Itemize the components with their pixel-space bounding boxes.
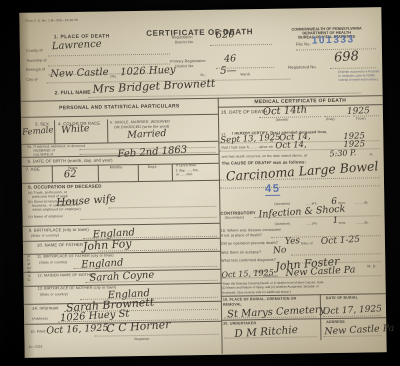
cell-divider bbox=[54, 120, 55, 143]
yrs-label-2: ......yrs. bbox=[306, 222, 318, 226]
informant-label: 14. Informant bbox=[32, 306, 59, 311]
ward-value: 5— bbox=[220, 66, 237, 76]
registrar-label: Registrar bbox=[134, 338, 149, 342]
mos-label-2: mos. bbox=[339, 221, 347, 225]
month-sublabel: (Month) bbox=[276, 119, 288, 123]
test-confirmed-label: What test confirmed diagnosis? bbox=[221, 259, 276, 264]
father-birthplace-value: England bbox=[81, 259, 124, 271]
cell-divider bbox=[138, 164, 139, 181]
dob-label: 6. DATE OF BIRTH (month, day, and year) bbox=[28, 158, 113, 164]
footnote-line3: Homicidal. (See reverse side for additio… bbox=[222, 289, 291, 294]
age-years-value: 62 bbox=[64, 170, 77, 181]
street-number-label: (No. bbox=[110, 75, 117, 79]
father-name-label: 10. NAME OF FATHER bbox=[37, 243, 83, 248]
registered-number-value: 698 bbox=[334, 50, 360, 65]
rule-line bbox=[48, 54, 170, 57]
rule-line bbox=[323, 335, 381, 337]
scanned-photo-background: Form V. S. No. 1 B—935—19-36-25 1. PLACE… bbox=[0, 0, 400, 366]
parents-side-label: PARENTS bbox=[26, 254, 31, 281]
md-label: M. D. bbox=[367, 265, 376, 269]
full-name-value: Mrs Bridget Brownett bbox=[92, 78, 215, 95]
cell-divider bbox=[52, 165, 53, 182]
operation-value: Yes bbox=[285, 237, 301, 247]
primary-district-value: 46 bbox=[224, 54, 237, 64]
date-of-death-label: 16. DATE OF DEATH bbox=[221, 109, 267, 115]
street-value: 1026 Huey bbox=[120, 65, 176, 78]
autopsy-label: Was there an autopsy? bbox=[221, 251, 261, 256]
marital-value: Married bbox=[127, 129, 167, 140]
birthplace-label: 9. BIRTHPLACE (city or town) bbox=[29, 228, 89, 234]
meridiem-label: m. bbox=[370, 153, 374, 157]
rule-line bbox=[259, 116, 321, 118]
file-number-label: File No. bbox=[296, 42, 311, 47]
ds-label-1: ........ds. bbox=[355, 201, 368, 205]
age-label: 7. AGE bbox=[26, 168, 40, 173]
race-value: White bbox=[61, 124, 90, 135]
registration-district-value: 620 bbox=[215, 30, 235, 41]
mother-state-country-label: (State or country) bbox=[40, 293, 68, 297]
registered-number-label: Registered No. bbox=[288, 65, 317, 70]
rule-line bbox=[220, 185, 380, 189]
occupation-c-label: (c) Name of employer bbox=[29, 215, 64, 219]
age-days-label: Days bbox=[148, 166, 157, 170]
filed-label: 15. Filed bbox=[30, 330, 45, 334]
county-label: County of bbox=[26, 50, 43, 54]
occupation-heading: 8. OCCUPATION OF DECEASED bbox=[28, 184, 102, 190]
undertaker-address-label: ADDRESS bbox=[326, 320, 345, 324]
file-number-stamp: 101333 bbox=[312, 35, 355, 46]
filed-date-value: Oct 16, 1925 bbox=[46, 323, 109, 336]
certificate-title: CERTIFICATE OF DEATH bbox=[138, 28, 262, 39]
registrar-signature: C C Horner bbox=[106, 319, 171, 334]
occupation-b-label3: which employed (or employer) bbox=[32, 208, 80, 212]
registration-district-label2: District No. bbox=[175, 41, 194, 45]
ward-label: Ward) bbox=[240, 73, 250, 77]
rule-line bbox=[210, 44, 272, 46]
age-months-label: Months bbox=[110, 166, 123, 170]
county-value: Lawrence bbox=[52, 40, 102, 53]
mother-name-label: 12. MAIDEN NAME OF MOTHER bbox=[37, 274, 95, 279]
city-label: City of bbox=[26, 79, 37, 83]
rule-line bbox=[224, 336, 316, 338]
form-code-bottom: 11—5334 bbox=[29, 346, 43, 350]
date-of-label: Date of bbox=[301, 242, 313, 246]
state-country-label: (State or country) bbox=[31, 234, 59, 238]
operation-label: Did an operation precede death? bbox=[221, 242, 278, 247]
dob-value: Feb 2nd 1863 bbox=[117, 145, 187, 160]
divider bbox=[21, 114, 218, 118]
informant-address-label: (Address) bbox=[32, 317, 48, 321]
cell-divider bbox=[107, 119, 108, 142]
day-sublabel: (Day) bbox=[326, 118, 335, 122]
hospital-note: [If death occurred in a Hospital or Inst… bbox=[338, 70, 380, 82]
primary-district-label2: District No. bbox=[175, 65, 194, 69]
burial-date-label: DATE OF BURIAL bbox=[326, 297, 358, 301]
burial-place-label2: REMOVAL bbox=[223, 303, 242, 307]
death-certificate-document: Form V. S. No. 1 B—935—19-36-25 1. PLACE… bbox=[19, 7, 386, 358]
if-less-label3: or ......min. bbox=[176, 173, 194, 177]
autopsy-value: No bbox=[273, 246, 287, 256]
duration-label-2: (duration) bbox=[275, 222, 291, 226]
cell-divider bbox=[172, 163, 173, 180]
sex-value: Female bbox=[22, 126, 54, 137]
ds-label-2: ........ds. bbox=[356, 221, 369, 225]
where-contracted-label2: if not at place of death? bbox=[221, 234, 262, 239]
undertaker-label: 20. UNDERTAKER bbox=[223, 322, 256, 326]
father-state-country-label: (State or country) bbox=[39, 261, 67, 265]
city-value: New Castle bbox=[50, 68, 109, 80]
personal-section-title: PERSONAL AND STATISTICAL PARTICULARS bbox=[21, 104, 218, 113]
duration-label-1: (duration) bbox=[274, 203, 290, 207]
secondary-label: (Secondary) bbox=[225, 216, 245, 220]
mother-birthplace-label: 13. BIRTHPLACE OF MOTHER (city or town) bbox=[38, 286, 117, 291]
death-occurred-label: and that death occurred, on the date sta… bbox=[222, 154, 308, 159]
cell-divider bbox=[98, 165, 99, 182]
rule-line bbox=[81, 217, 217, 220]
township-label: Township of bbox=[26, 59, 47, 63]
rule-line bbox=[108, 206, 216, 209]
year-sublabel: (Year) bbox=[356, 117, 366, 121]
cause-code-stamp: 45 bbox=[265, 184, 281, 196]
operation-date-value: Oct 1-25 bbox=[321, 236, 361, 247]
form-code-top: Form V. S. No. 1 B—935—19-36-25 bbox=[25, 19, 78, 23]
borough-label: Borough of bbox=[26, 68, 45, 72]
divider bbox=[23, 223, 220, 227]
full-name-label: 2. FULL NAME bbox=[55, 91, 91, 97]
death-time-value: 5:30 P. bbox=[329, 149, 356, 158]
